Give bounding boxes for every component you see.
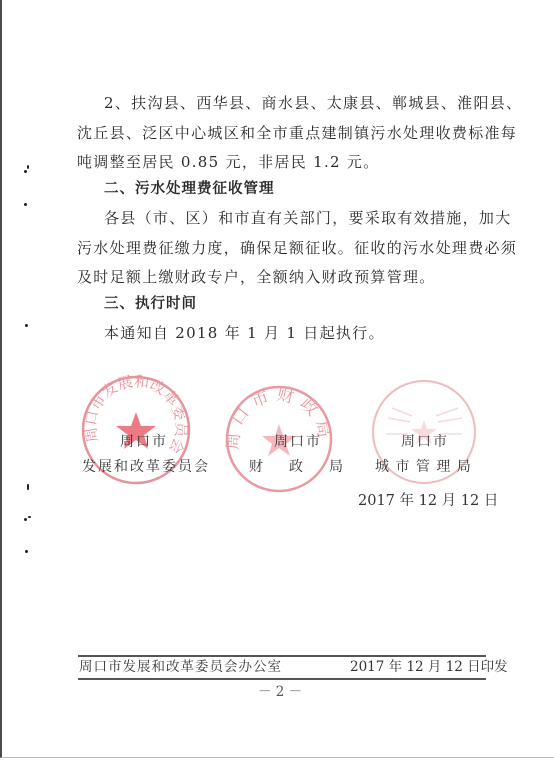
section-heading: 三、执行时间 bbox=[104, 294, 197, 314]
margin-speck bbox=[25, 550, 28, 553]
paragraph-line: 沈丘县、泛区中心城区和全市重点建制镇污水处理收费标准每 bbox=[77, 123, 517, 143]
margin-speck bbox=[24, 170, 27, 173]
colophon-issuer: 周口市发展和改革委员会办公室 bbox=[79, 658, 282, 676]
colophon-issue-date: 2017 年 12 月 12 日印发 bbox=[350, 658, 508, 676]
signature-line: 周口市 bbox=[274, 433, 322, 451]
paragraph-line: 及时足额上缴财政专户，全额纳入财政预算管理。 bbox=[77, 267, 436, 287]
signature-line: 城 市 管 理 局 bbox=[375, 458, 472, 476]
paragraph-line: 污水处理费征缴力度，确保足额征收。征收的污水处理费必须 bbox=[77, 238, 517, 258]
document-page: 2、扶沟县、西华县、商水县、太康县、郸城县、淮阳县、 沈丘县、泛区中心城区和全市… bbox=[0, 0, 554, 758]
paragraph-line: 2、扶沟县、西华县、商水县、太康县、郸城县、淮阳县、 bbox=[104, 93, 522, 113]
margin-speck bbox=[28, 516, 31, 518]
signature-line: 发展和改革委员会 bbox=[82, 458, 210, 476]
signature-date: 2017 年 12 月 12 日 bbox=[358, 492, 498, 510]
colophon-bottom-rule bbox=[78, 678, 486, 680]
paragraph-line: 吨调整至居民 0.85 元，非居民 1.2 元。 bbox=[77, 152, 380, 172]
signature-line: 周口市 bbox=[120, 433, 168, 451]
paragraph-line: 本通知自 2018 年 1 月 1 日起执行。 bbox=[104, 323, 385, 343]
signature-line: 周口市 bbox=[401, 433, 449, 451]
colophon-top-rule bbox=[78, 655, 486, 657]
signature-line: 财 政 局 bbox=[249, 458, 349, 476]
paragraph-line: 各县（市、区）和市直有关部门，要采取有效措施，加大 bbox=[104, 208, 512, 228]
margin-speck bbox=[27, 484, 29, 490]
page-number: － 2 － bbox=[258, 683, 302, 701]
margin-speck bbox=[27, 165, 29, 169]
margin-speck bbox=[25, 324, 28, 327]
margin-speck bbox=[24, 203, 27, 206]
section-heading: 二、污水处理费征收管理 bbox=[104, 179, 275, 199]
margin-speck bbox=[24, 518, 27, 521]
